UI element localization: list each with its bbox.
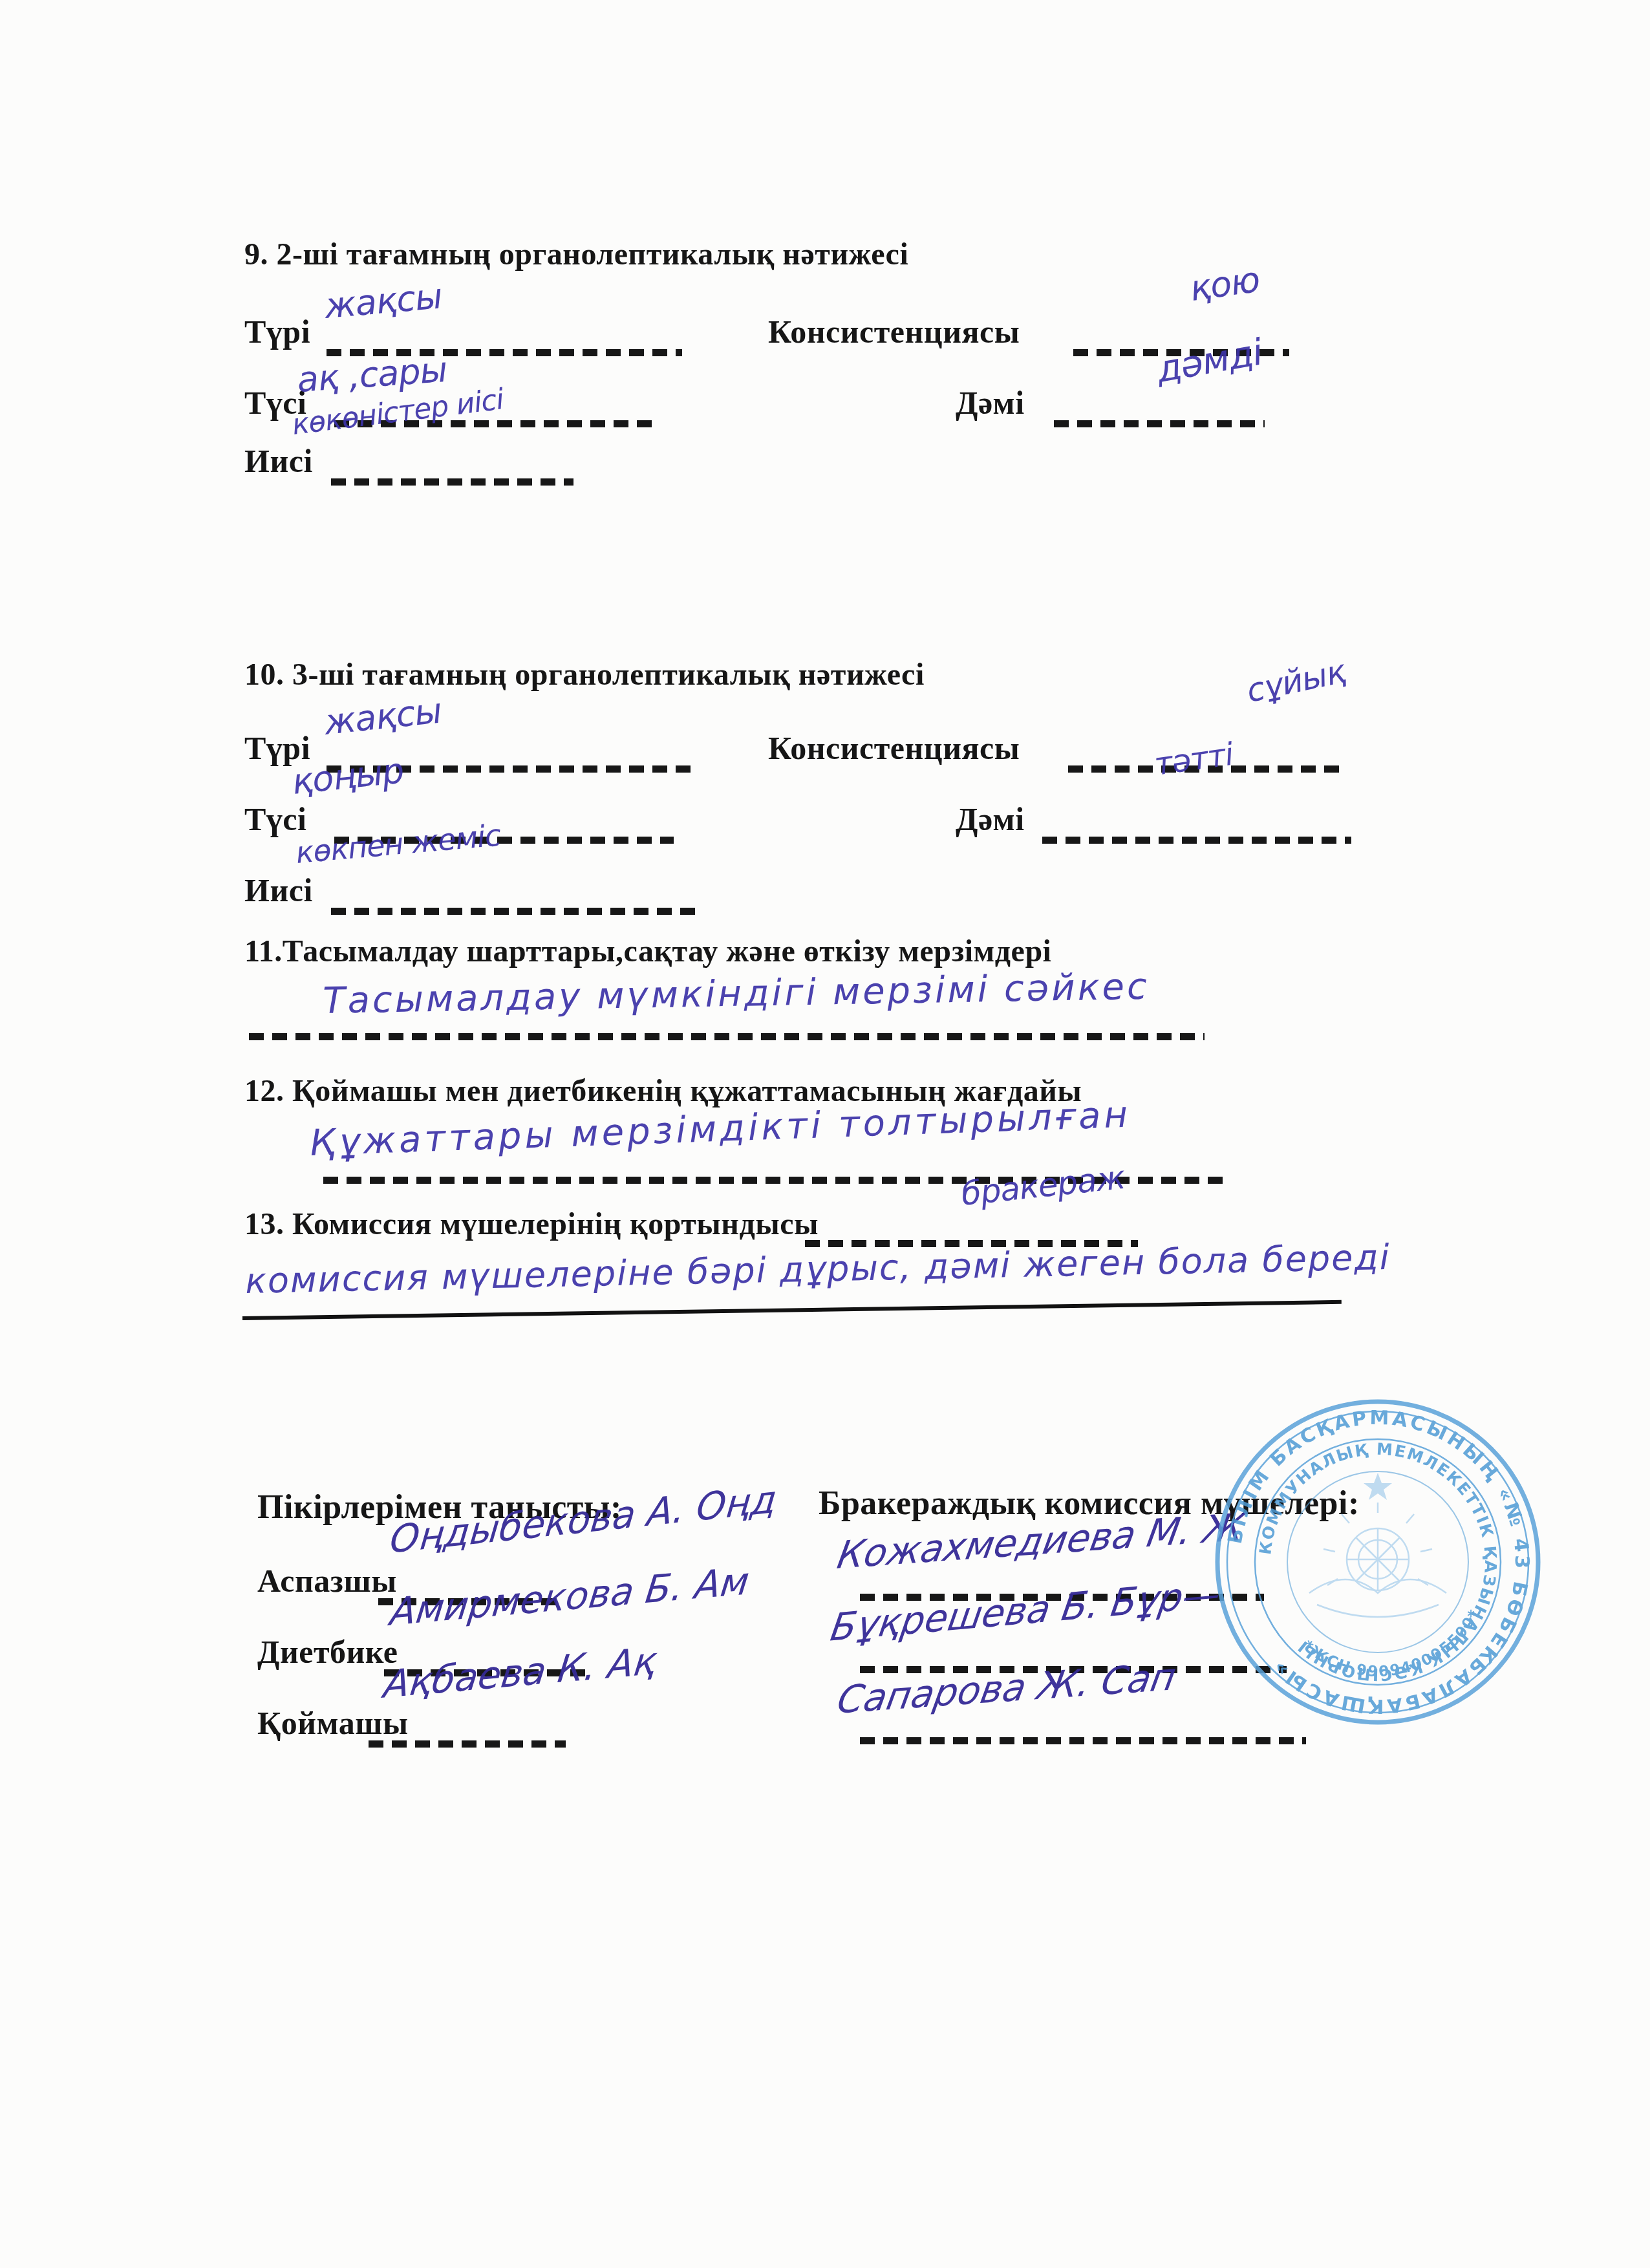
- section9-dami-dash-line: [1054, 420, 1265, 427]
- section11-title: 11.Тасымалдау шарттары,сақтау және өткіз…: [244, 934, 1051, 969]
- section10-dami-handwriting: тәтті: [1152, 736, 1235, 783]
- section10-iisi-handwriting: көкпен жеміс: [294, 818, 502, 870]
- commission-signature-2: Бұқрешева Б. Бұр—: [828, 1571, 1224, 1650]
- commission-dash-line-3: [860, 1737, 1306, 1744]
- section9-turi-handwriting: жақсы: [323, 275, 444, 326]
- stamp-star-icon: [1364, 1473, 1392, 1500]
- official-round-stamp: БІЛІМ БАСҚАРМАСЫНЫҢ «№ 43 БӨБЕК БАЛАБАҚШ…: [1212, 1396, 1543, 1728]
- section10-iisi-label: Иисі: [244, 872, 313, 909]
- section10-konsistenciyasy-label: Консистенциясы: [768, 729, 1020, 767]
- section10-title: 10. 3-ші тағамның органолептикалық нәтиж…: [244, 657, 925, 692]
- section10-dami-label: Дәмі: [956, 800, 1025, 838]
- section10-dami-dash-line: [1042, 837, 1351, 844]
- section10-tusi-label: Түсі: [244, 800, 306, 838]
- role-dietbike-signature: Амирмекова Б. Ам: [388, 1559, 752, 1634]
- section9-iisi-dash-line: [331, 478, 573, 486]
- section13-title: 13. Комиссия мүшелерінің қортындысы: [244, 1206, 819, 1242]
- section10-turi-handwriting: жақсы: [322, 690, 443, 743]
- role-koimashy-signature: Ақбаева К. Ақ: [381, 1638, 659, 1707]
- section10-konsistenciyasy-handwriting: сұйық: [1243, 652, 1349, 710]
- section11-handwriting: Тасымалдау мүмкіндігі мерзімі сәйкес: [323, 966, 1150, 1022]
- section9-dami-label: Дәмі: [956, 384, 1025, 422]
- stamp-graphic: БІЛІМ БАСҚАРМАСЫНЫҢ «№ 43 БӨБЕК БАЛАБАҚШ…: [1212, 1396, 1543, 1728]
- section11-dash-line: [249, 1033, 1205, 1040]
- section9-konsistenciyasy-label: Консистенциясы: [768, 313, 1020, 350]
- section13-short-handwriting: бракераж: [959, 1159, 1126, 1213]
- section9-dami-handwriting: дәмді: [1153, 331, 1265, 391]
- section9-iisi-label: Иисі: [244, 442, 313, 480]
- section9-turi-label: Түрі: [244, 313, 310, 350]
- section9-title: 9. 2-ші тағамның органолептикалық нәтиже…: [244, 237, 908, 272]
- role-koimashy-dash-line: [369, 1740, 566, 1748]
- role-label-aspazshy: Аспазшы: [257, 1562, 397, 1599]
- scanned-brakerage-form-page: 9. 2-ші тағамның органолептикалық нәтиже…: [0, 0, 1650, 2268]
- section13-solid-underline: [242, 1300, 1342, 1320]
- section10-iisi-dash-line: [331, 908, 698, 915]
- stamp-coat-of-arms: [1309, 1473, 1446, 1617]
- role-label-dietbike: Диетбике: [257, 1633, 398, 1671]
- commission-signature-3: Сапарова Ж. Сап: [834, 1654, 1179, 1722]
- role-label-koimashy: Қоймашы: [257, 1704, 409, 1742]
- section9-konsistenciyasy-handwriting: қою: [1187, 259, 1262, 309]
